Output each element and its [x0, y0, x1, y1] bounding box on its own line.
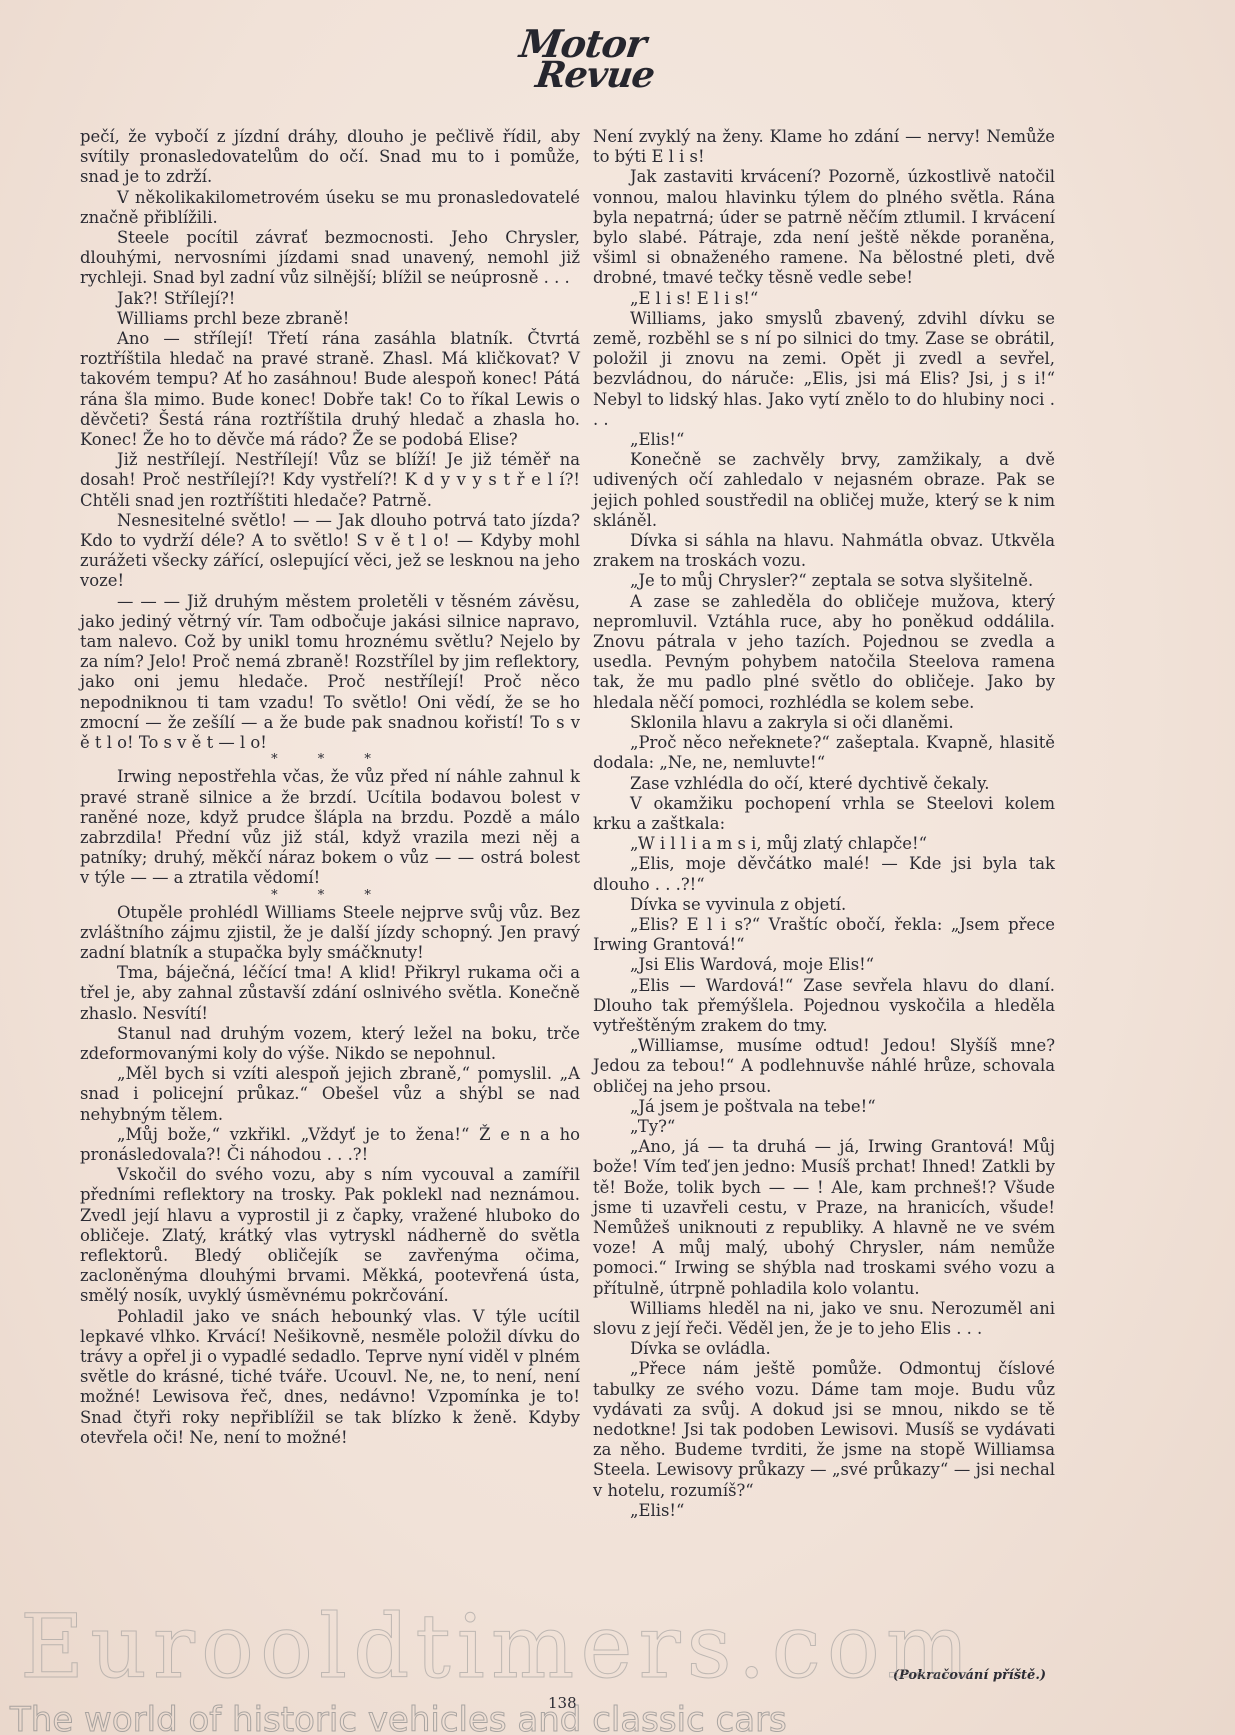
right-text-column: Není zvyklý na ženy. Klame ho zdání — ne…: [593, 127, 1055, 1521]
paragraph: Dívka se vyvinula z objetí.: [593, 895, 1055, 915]
paragraph: A zase se zahleděla do obličeje mužova, …: [593, 592, 1055, 713]
paragraph: „Ano, já — ta druhá — já, Irwing Grantov…: [593, 1137, 1055, 1299]
paragraph: Jak?! Střílejí?!: [80, 289, 580, 309]
paragraph: Nesnesitelné světlo! — — Jak dlouho potr…: [80, 511, 580, 592]
paragraph: „Přece nám ještě pomůže. Odmontuj číslov…: [593, 1359, 1055, 1500]
paragraph: Sklonila hlavu a zakryla si oči dlaněmi.: [593, 713, 1055, 733]
paragraph: Vskočil do svého vozu, aby s ním vycouva…: [80, 1165, 580, 1306]
paragraph: Otupěle prohlédl Williams Steele nejprve…: [80, 903, 580, 964]
watermark-tagline: The world of historic vehicles and class…: [10, 1700, 787, 1735]
paragraph: „Je to můj Chrysler?“ zeptala se sotva s…: [593, 571, 1055, 591]
paragraph: „Můj bože,“ vzkřikl. „Vždyť je to žena!“…: [80, 1125, 580, 1165]
paragraph: Zase vzhlédla do očí, které dychtivě ček…: [593, 774, 1055, 794]
paragraph: Ano — střílejí! Třetí rána zasáhla blatn…: [80, 329, 580, 450]
masthead-line-2: Revue: [534, 60, 652, 91]
paragraph: „Elis!“: [593, 430, 1055, 450]
magazine-masthead-logo: Motor Revue: [520, 28, 650, 108]
paragraph: Irwing nepostřehla včas, že vůz před ní …: [80, 767, 580, 888]
paragraph: Steele pocítil závrať bezmocnosti. Jeho …: [80, 228, 580, 289]
continuation-note: (Pokračování příště.): [893, 1668, 1046, 1683]
paragraph: Konečně se zachvěly brvy, zamžikaly, a d…: [593, 450, 1055, 531]
paragraph: Williams, jako smyslů zbavený, zdvihl dí…: [593, 309, 1055, 430]
paragraph: „Jsi Elis Wardová, moje Elis!“: [593, 955, 1055, 975]
paragraph: „Měl bych si vzíti alespoň jejich zbraně…: [80, 1064, 580, 1125]
paragraph: Pohladil jako ve snách hebounký vlas. V …: [80, 1307, 580, 1448]
paragraph: „Elis!“: [593, 1501, 1055, 1521]
paragraph: „W i l l i a m s i, můj zlatý chlapče!“: [593, 834, 1055, 854]
paragraph: „Ty?“: [593, 1117, 1055, 1137]
paragraph: Tma, báječná, léčící tma! A klid! Přikry…: [80, 963, 580, 1024]
section-break-asterisks: * * *: [80, 889, 580, 903]
paragraph: „Já jsem je poštvala na tebe!“: [593, 1097, 1055, 1117]
paragraph: „Elis? E l i s?“ Vraštíc obočí, řekla: „…: [593, 915, 1055, 955]
paragraph: Již nestřílejí. Nestřílejí! Vůz se blíží…: [80, 450, 580, 511]
section-break-asterisks: * * *: [80, 753, 580, 767]
watermark-site-name: Eurooldtimers.com: [20, 1595, 975, 1698]
paragraph: V okamžiku pochopení vrhla se Steelovi k…: [593, 794, 1055, 834]
paragraph: „Williamse, musíme odtud! Jedou! Slyšíš …: [593, 1036, 1055, 1097]
paragraph: V několikakilometrovém úseku se mu prona…: [80, 188, 580, 228]
paragraph: Stanul nad druhým vozem, který ležel na …: [80, 1024, 580, 1064]
left-text-column: pečí, že vybočí z jízdní dráhy, dlouho j…: [80, 127, 580, 1448]
paragraph: pečí, že vybočí z jízdní dráhy, dlouho j…: [80, 127, 580, 188]
paragraph: Dívka se ovládla.: [593, 1339, 1055, 1359]
paragraph: Dívka si sáhla na hlavu. Nahmátla obvaz.…: [593, 531, 1055, 571]
paragraph: „Elis — Wardová!“ Zase sevřela hlavu do …: [593, 976, 1055, 1037]
paragraph: Jak zastaviti krvácení? Pozorně, úzkostl…: [593, 167, 1055, 288]
paragraph: „Proč něco neřeknete?“ zašeptala. Kvapně…: [593, 733, 1055, 773]
paragraph: — — — Již druhým městem proletěli v těsn…: [80, 592, 580, 754]
paragraph: „E l i s! E l i s!“: [593, 289, 1055, 309]
paragraph: „Elis, moje děvčátko malé! — Kde jsi byl…: [593, 854, 1055, 894]
page-number: 138: [548, 1694, 577, 1712]
paragraph: Williams hleděl na ni, jako ve snu. Nero…: [593, 1299, 1055, 1339]
paragraph: Není zvyklý na ženy. Klame ho zdání — ne…: [593, 127, 1055, 167]
paragraph: Williams prchl beze zbraně!: [80, 309, 580, 329]
